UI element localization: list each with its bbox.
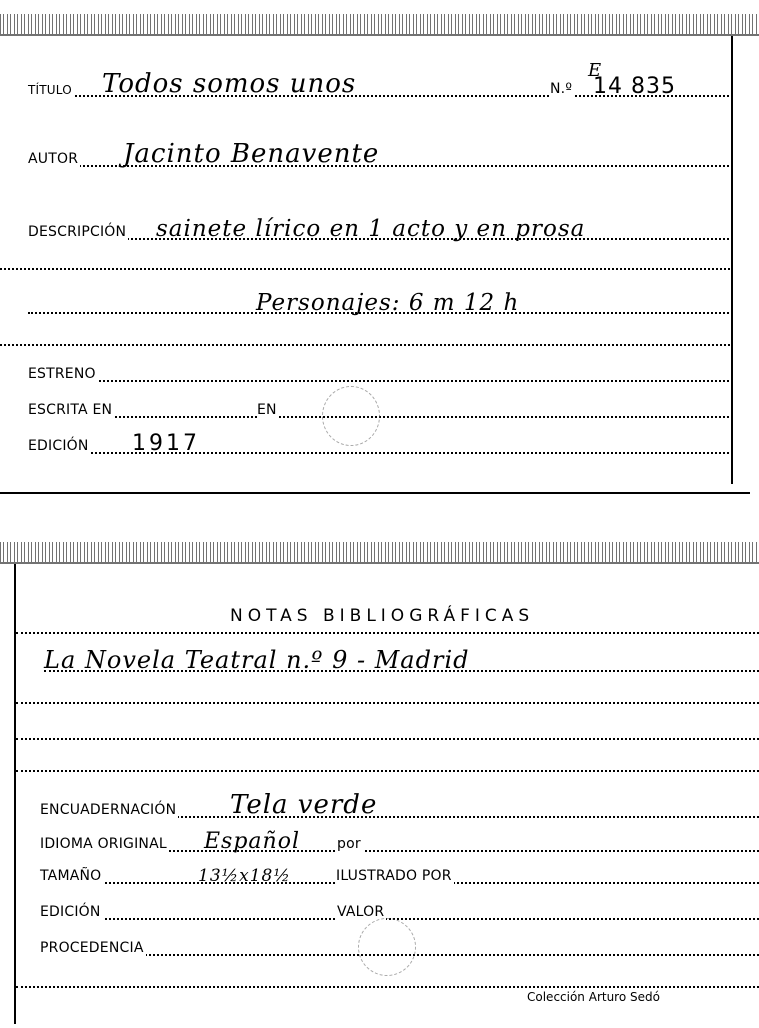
blank-line xyxy=(16,768,759,772)
scan-edge-noise-top xyxy=(0,14,759,36)
estreno-label: ESTRENO xyxy=(28,366,98,382)
edicion-valor-row: EDICIÓN VALOR xyxy=(40,898,759,920)
autor-row: AUTOR Jacinto Benavente xyxy=(28,145,733,167)
titulo-row: TÍTULO Todos somos unos N.º E 14 835 xyxy=(28,75,733,97)
descripcion-value: sainete lírico en 1 acto y en prosa xyxy=(156,216,585,242)
descripcion-label: DESCRIPCIÓN xyxy=(28,224,128,240)
ilustrado-por-label: ILUSTRADO POR xyxy=(336,868,454,884)
numero-value: 14 835 xyxy=(593,74,676,99)
edicion-bottom-label: EDICIÓN xyxy=(40,904,103,920)
punch-hole-mark xyxy=(358,918,416,976)
titulo-label: TÍTULO xyxy=(28,83,74,97)
encuadernacion-label: ENCUADERNACIÓN xyxy=(40,802,178,818)
blank-line xyxy=(0,342,730,346)
escrita-en-label: ESCRITA EN xyxy=(28,402,114,418)
tamano-label: TAMAÑO xyxy=(40,868,103,884)
tamano-row: TAMAÑO 13½x18½ ILUSTRADO POR xyxy=(40,862,759,884)
descripcion-row: DESCRIPCIÓN sainete lírico en 1 acto y e… xyxy=(28,218,733,240)
edicion-label: EDICIÓN xyxy=(28,438,91,454)
edicion-value: 1917 xyxy=(132,431,200,456)
scan-edge-noise-bottom xyxy=(0,542,759,564)
por-label: por xyxy=(337,836,363,852)
numero-label: N.º xyxy=(550,81,574,97)
escrita-en-row: ESCRITA EN EN xyxy=(28,396,733,418)
en-label: EN xyxy=(257,402,279,418)
tamano-value: 13½x18½ xyxy=(198,866,291,886)
titulo-value: Todos somos unos xyxy=(102,69,356,99)
blank-line xyxy=(0,266,730,270)
encuadernacion-row: ENCUADERNACIÓN Tela verde xyxy=(40,796,759,818)
edicion-row: EDICIÓN 1917 xyxy=(28,432,733,454)
notas-heading: NOTAS BIBLIOGRÁFICAS xyxy=(230,606,534,626)
valor-label: VALOR xyxy=(337,904,386,920)
blank-line xyxy=(16,736,759,740)
idioma-value: Español xyxy=(204,829,300,854)
idioma-label: IDIOMA ORIGINAL xyxy=(40,836,169,852)
card-divider xyxy=(0,492,750,494)
collection-footer: Colección Arturo Sedó xyxy=(527,990,660,1004)
blank-line xyxy=(16,984,759,988)
personajes-value: Personajes: 6 m 12 h xyxy=(256,290,519,316)
idioma-row: IDIOMA ORIGINAL Español por xyxy=(40,830,759,852)
encuadernacion-value: Tela verde xyxy=(230,790,377,820)
blank-line xyxy=(16,630,759,634)
autor-label: AUTOR xyxy=(28,151,80,167)
personajes-row: Personajes: 6 m 12 h xyxy=(28,292,733,314)
punch-hole-mark xyxy=(322,386,380,446)
procedencia-label: PROCEDENCIA xyxy=(40,940,146,956)
notas-value: La Novela Teatral n.º 9 - Madrid xyxy=(44,646,469,674)
blank-line xyxy=(16,700,759,704)
estreno-row: ESTRENO xyxy=(28,360,733,382)
notas-row: La Novela Teatral n.º 9 - Madrid xyxy=(44,650,759,672)
autor-value: Jacinto Benavente xyxy=(123,139,379,169)
